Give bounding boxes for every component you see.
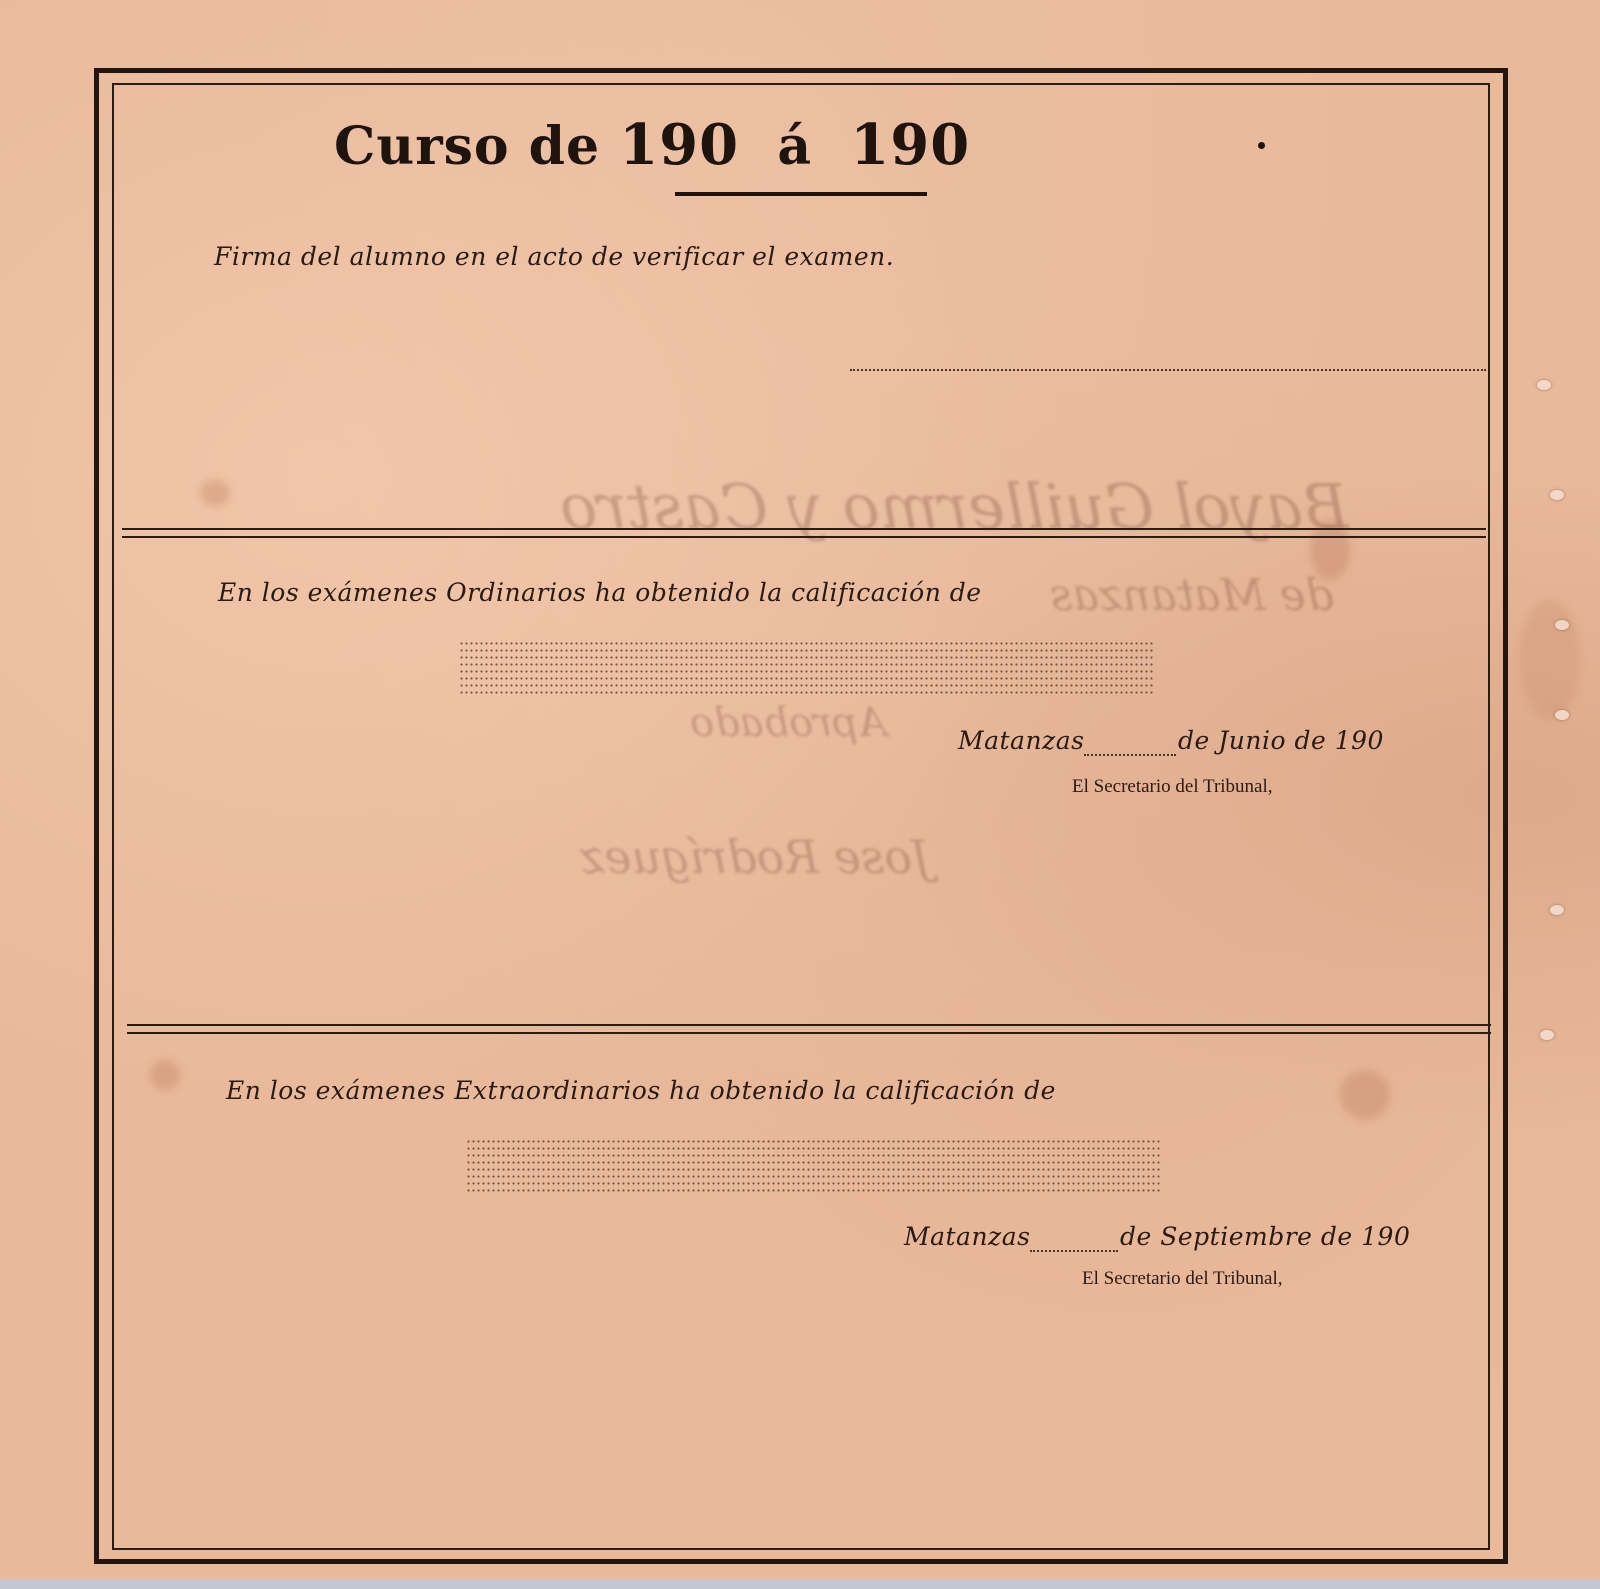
scan-background-edge [0, 1579, 1600, 1589]
extraordinary-day-field[interactable] [1030, 1250, 1118, 1252]
extraordinary-place: Matanzas [904, 1222, 1030, 1251]
ordinary-exam-label: En los exámenes Ordinarios ha obtenido l… [218, 578, 982, 607]
section-divider [122, 528, 1486, 538]
ordinary-day-field[interactable] [1084, 754, 1176, 756]
stain [1520, 600, 1580, 720]
punch-hole [1550, 905, 1564, 915]
title-prefix: Curso de [334, 116, 600, 177]
section-divider [127, 1024, 1491, 1034]
title-year-start: 190 [619, 112, 739, 178]
course-title: Curso de 190 á 190 [334, 112, 970, 178]
title-dot [1258, 142, 1265, 149]
extraordinary-exam-label: En los exámenes Extraordinarios ha obten… [226, 1076, 1056, 1105]
extraordinary-grade-field[interactable] [466, 1138, 1160, 1192]
punch-hole [1550, 490, 1564, 500]
ordinary-secretary-label: El Secretario del Tribunal, [1072, 776, 1273, 798]
inner-border [112, 83, 1490, 1550]
punch-hole [1555, 620, 1569, 630]
ordinary-place: Matanzas [958, 726, 1084, 755]
signature-label: Firma del alumno en el acto de verificar… [214, 242, 894, 271]
ordinary-date-suffix: de Junio de 190 [1178, 726, 1384, 755]
title-year-end: 190 [850, 112, 970, 178]
title-connector: á [777, 116, 812, 177]
signature-field[interactable] [850, 369, 1486, 371]
extraordinary-secretary-label: El Secretario del Tribunal, [1082, 1268, 1283, 1290]
ordinary-grade-field[interactable] [459, 640, 1155, 694]
punch-hole [1537, 380, 1551, 390]
title-underline [675, 192, 927, 196]
punch-hole [1555, 710, 1569, 720]
punch-hole [1540, 1030, 1554, 1040]
extraordinary-date-suffix: de Septiembre de 190 [1120, 1222, 1410, 1251]
